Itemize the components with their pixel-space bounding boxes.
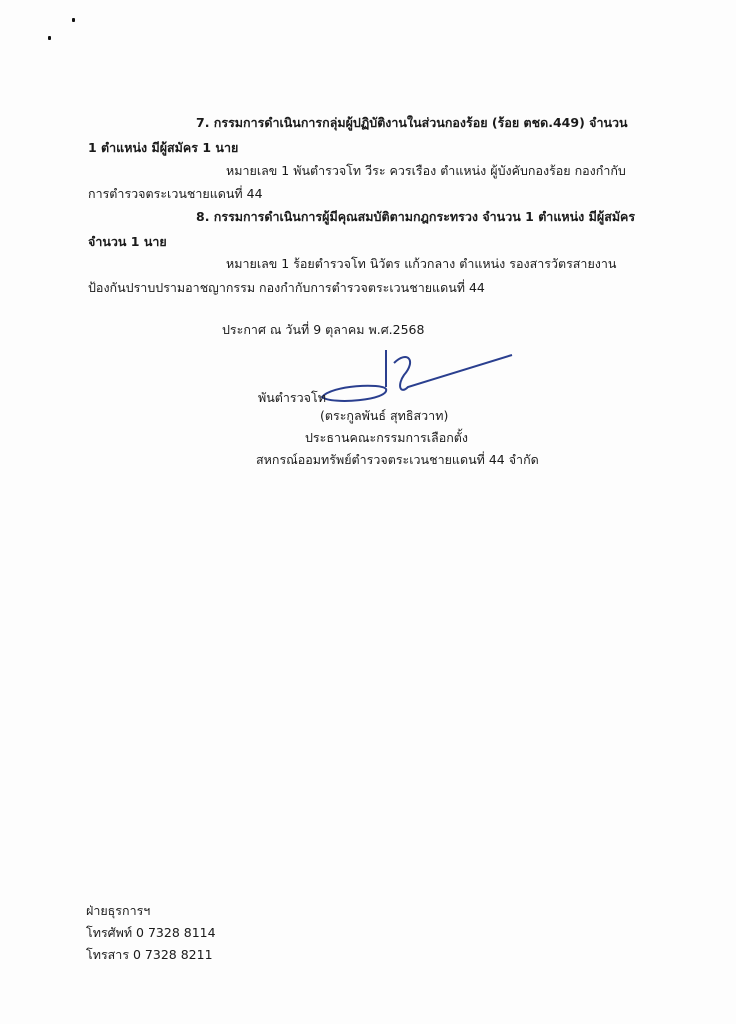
footer-department: ฝ่ายธุรการฯ bbox=[86, 903, 150, 919]
signature bbox=[312, 345, 522, 415]
footer-fax: โทรสาร 0 7328 8211 bbox=[86, 947, 213, 963]
item-8-heading-cont: จำนวน 1 นาย bbox=[88, 234, 167, 250]
item-8-detail-cont: ป้องกันปราบปรามอาชญากรรม กองกำกับการตำรว… bbox=[88, 280, 485, 296]
item-8-detail: หมายเลข 1 ร้อยตำรวจโท นิวัตร แก้วกลาง ตำ… bbox=[226, 256, 616, 272]
item-7-heading: 7. กรรมการดำเนินการกลุ่มผู้ปฏิบัติงานในส… bbox=[196, 115, 628, 131]
signer-name: (ตระกูลพันธ์ สุทธิสวาท) bbox=[320, 408, 448, 424]
item-7-heading-cont: 1 ตำแหน่ง มีผู้สมัคร 1 นาย bbox=[88, 140, 238, 156]
footer-phone: โทรศัพท์ 0 7328 8114 bbox=[86, 925, 216, 941]
signer-organization: สหกรณ์ออมทรัพย์ตำรวจตระเวนชายแดนที่ 44 จ… bbox=[256, 452, 539, 468]
signer-position: ประธานคณะกรรมการเลือกตั้ง bbox=[305, 430, 468, 446]
scan-speck bbox=[72, 18, 75, 22]
scan-speck bbox=[48, 36, 51, 40]
item-7-detail-cont: การตำรวจตระเวนชายแดนที่ 44 bbox=[88, 186, 263, 202]
item-8-heading: 8. กรรมการดำเนินการผู้มีคุณสมบัติตามกฎกร… bbox=[196, 209, 635, 225]
signer-rank: พันตำรวจโท bbox=[258, 390, 326, 406]
item-7-detail: หมายเลข 1 พันตำรวจโท วีระ ควรเรือง ตำแหน… bbox=[226, 163, 626, 179]
announcement-date: ประกาศ ณ วันที่ 9 ตุลาคม พ.ศ.2568 bbox=[222, 322, 424, 338]
